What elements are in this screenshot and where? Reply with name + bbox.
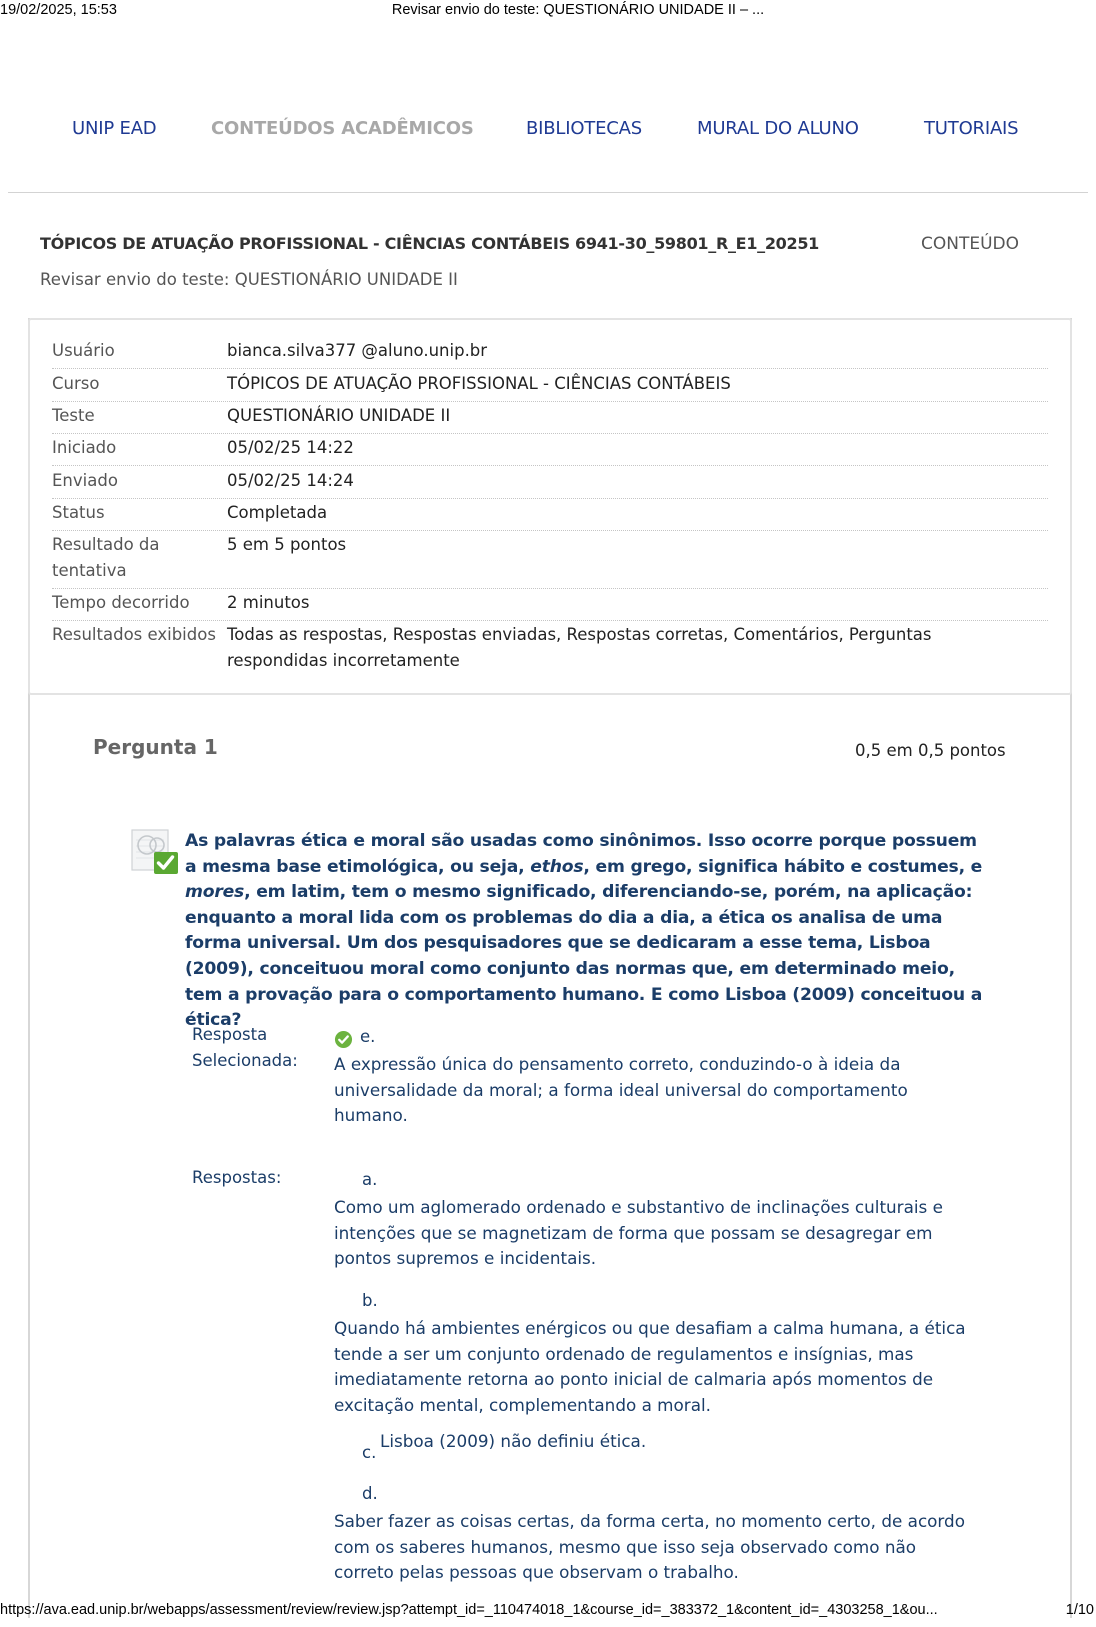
- nav-unip-ead[interactable]: UNIP EAD: [72, 118, 156, 139]
- summary-label: Teste: [52, 403, 222, 429]
- summary-value: 5 em 5 pontos: [227, 532, 1027, 558]
- top-navigation: UNIP EAD CONTEÚDOS ACADÊMICOS BIBLIOTECA…: [0, 118, 1096, 148]
- summary-value: 2 minutos: [227, 590, 1027, 616]
- answer-a-text: Como um aglomerado ordenado e substantiv…: [334, 1195, 974, 1272]
- nav-bibliotecas[interactable]: BIBLIOTECAS: [526, 118, 642, 139]
- summary-label: Iniciado: [52, 435, 222, 461]
- correct-answer-icon: [130, 828, 180, 878]
- summary-label: Tempo decorrido: [52, 590, 222, 616]
- conteudo-link[interactable]: CONTEÚDO: [921, 234, 1019, 254]
- answer-a-letter: a.: [362, 1170, 377, 1189]
- answer-b-letter: b.: [362, 1291, 378, 1310]
- summary-row-resultado: Resultado da tentativa 5 em 5 pontos: [52, 532, 1048, 589]
- course-title: TÓPICOS DE ATUAÇÃO PROFISSIONAL - CIÊNCI…: [40, 234, 819, 253]
- nav-conteudos-academicos[interactable]: CONTEÚDOS ACADÊMICOS: [211, 118, 474, 139]
- summary-value: bianca.silva377 @aluno.unip.br: [227, 338, 1027, 364]
- question-points: 0,5 em 0,5 pontos: [855, 741, 1006, 760]
- question-title: Pergunta 1: [93, 735, 218, 759]
- selected-answer-letter: e.: [360, 1027, 375, 1046]
- summary-value: 05/02/25 14:24: [227, 468, 1027, 494]
- question-text: As palavras ética e moral são usadas com…: [185, 829, 985, 1034]
- print-page-title: Revisar envio do teste: QUESTIONÁRIO UNI…: [0, 2, 1096, 18]
- summary-row-curso: Curso TÓPICOS DE ATUAÇÃO PROFISSIONAL - …: [52, 371, 1048, 402]
- print-footer: https://ava.ead.unip.br/webapps/assessme…: [0, 1602, 1096, 1624]
- summary-label: Usuário: [52, 338, 222, 364]
- answer-d-letter: d.: [362, 1484, 378, 1503]
- selected-answer-text: A expressão única do pensamento correto,…: [334, 1052, 974, 1129]
- answers-label: Respostas:: [192, 1165, 281, 1191]
- summary-row-tempo: Tempo decorrido 2 minutos: [52, 590, 1048, 621]
- summary-row-teste: Teste QUESTIONÁRIO UNIDADE II: [52, 403, 1048, 434]
- summary-label: Enviado: [52, 468, 222, 494]
- correct-check-icon: [334, 1030, 353, 1049]
- print-url: https://ava.ead.unip.br/webapps/assessme…: [0, 1602, 938, 1618]
- summary-value: Completada: [227, 500, 1027, 526]
- nav-divider: [8, 192, 1088, 193]
- summary-row-usuario: Usuário bianca.silva377 @aluno.unip.br: [52, 338, 1048, 369]
- selected-answer-label: Resposta Selecionada:: [192, 1022, 322, 1074]
- summary-label: Status: [52, 500, 222, 526]
- nav-mural-do-aluno[interactable]: MURAL DO ALUNO: [697, 118, 859, 139]
- summary-row-enviado: Enviado 05/02/25 14:24: [52, 468, 1048, 499]
- nav-tutoriais[interactable]: TUTORIAIS: [924, 118, 1018, 139]
- answer-c-letter: c.: [362, 1443, 376, 1462]
- answer-b-text: Quando há ambientes enérgicos ou que des…: [334, 1316, 974, 1418]
- summary-value: QUESTIONÁRIO UNIDADE II: [227, 403, 1027, 429]
- summary-label: Curso: [52, 371, 222, 397]
- summary-value: Todas as respostas, Respostas enviadas, …: [227, 622, 1007, 674]
- attempt-summary: Usuário bianca.silva377 @aluno.unip.br C…: [28, 318, 1072, 695]
- summary-row-status: Status Completada: [52, 500, 1048, 531]
- print-page-number: 1/10: [1066, 1602, 1094, 1618]
- answer-c-text: Lisboa (2009) não definiu ética.: [380, 1429, 980, 1455]
- summary-value: TÓPICOS DE ATUAÇÃO PROFISSIONAL - CIÊNCI…: [227, 371, 1027, 397]
- summary-value: 05/02/25 14:22: [227, 435, 1027, 461]
- summary-label: Resultados exibidos: [52, 622, 222, 648]
- print-header: 19/02/2025, 15:53 Revisar envio do teste…: [0, 2, 1096, 24]
- summary-label: Resultado da tentativa: [52, 532, 202, 584]
- page-subtitle: Revisar envio do teste: QUESTIONÁRIO UNI…: [40, 270, 458, 289]
- summary-row-resultados-exibidos: Resultados exibidos Todas as respostas, …: [52, 622, 1048, 678]
- answer-d-text: Saber fazer as coisas certas, da forma c…: [334, 1509, 974, 1586]
- summary-row-iniciado: Iniciado 05/02/25 14:22: [52, 435, 1048, 466]
